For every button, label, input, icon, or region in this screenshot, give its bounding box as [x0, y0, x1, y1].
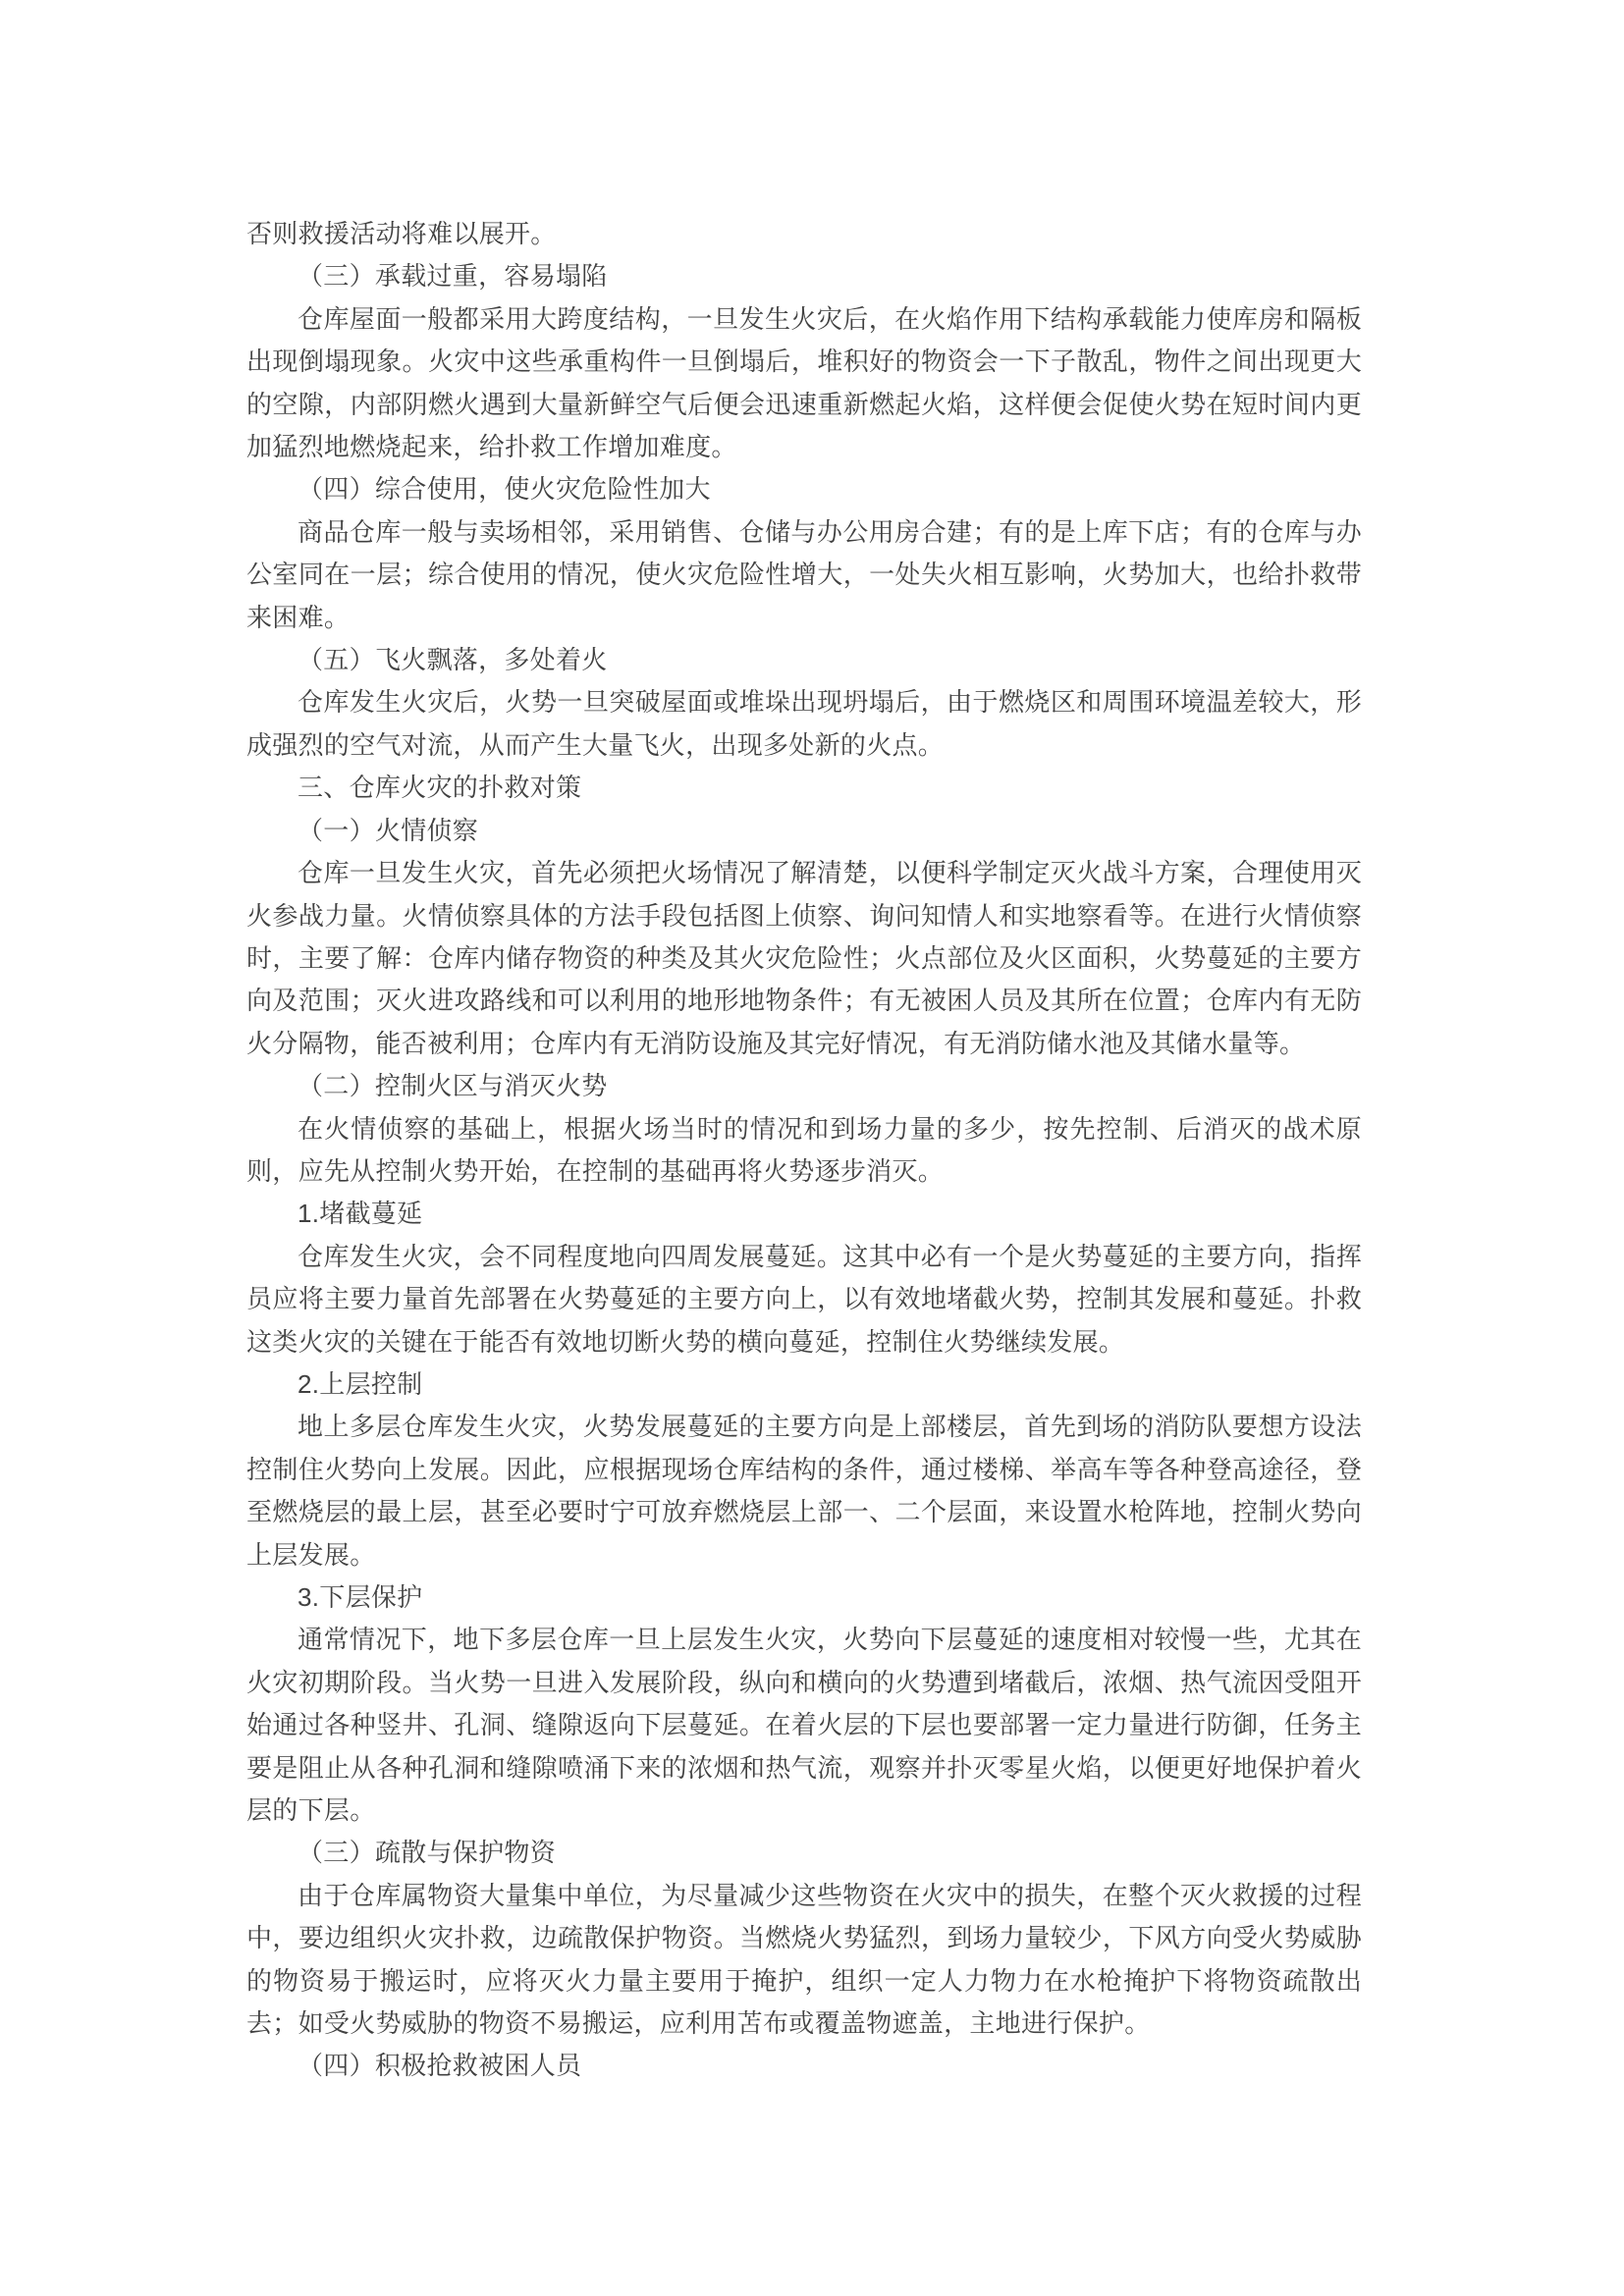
- section-heading: （四）综合使用，使火灾危险性加大: [246, 468, 1362, 510]
- section-heading: （二）控制火区与消灭火势: [246, 1065, 1362, 1107]
- section-heading: （三）疏散与保护物资: [246, 1832, 1362, 1874]
- section-heading: 2.上层控制: [246, 1363, 1362, 1406]
- section-heading: （三）承载过重，容易塌陷: [246, 255, 1362, 297]
- paragraph: 通常情况下，地下多层仓库一旦上层发生火灾，火势向下层蔓延的速度相对较慢一些，尤其…: [246, 1619, 1362, 1832]
- paragraph: 仓库发生火灾后，火势一旦突破屋面或堆垛出现坍塌后，由于燃烧区和周围环境温差较大，…: [246, 681, 1362, 767]
- section-heading: （四）积极抢救被困人员: [246, 2045, 1362, 2087]
- section-heading: 3.下层保护: [246, 1576, 1362, 1619]
- paragraph: 由于仓库属物资大量集中单位，为尽量减少这些物资在火灾中的损失，在整个灭火救援的过…: [246, 1875, 1362, 2046]
- paragraph: 仓库发生火灾，会不同程度地向四周发展蔓延。这其中必有一个是火势蔓延的主要方向，指…: [246, 1236, 1362, 1363]
- document-page: 否则救援活动将难以展开。 （三）承载过重，容易塌陷 仓库屋面一般都采用大跨度结构…: [0, 0, 1624, 2296]
- paragraph: 仓库屋面一般都采用大跨度结构，一旦发生火灾后，在火焰作用下结构承载能力使库房和隔…: [246, 298, 1362, 469]
- section-heading: （五）飞火飘落，多处着火: [246, 639, 1362, 681]
- section-heading: 1.堵截蔓延: [246, 1193, 1362, 1235]
- document-text-block: 否则救援活动将难以展开。 （三）承载过重，容易塌陷 仓库屋面一般都采用大跨度结构…: [246, 213, 1362, 2088]
- section-heading: （一）火情侦察: [246, 810, 1362, 852]
- section-heading: 三、仓库火灾的扑救对策: [246, 767, 1362, 809]
- paragraph: 否则救援活动将难以展开。: [246, 213, 1362, 255]
- paragraph: 仓库一旦发生火灾，首先必须把火场情况了解清楚，以便科学制定灭火战斗方案，合理使用…: [246, 852, 1362, 1065]
- paragraph: 在火情侦察的基础上，根据火场当时的情况和到场力量的多少，按先控制、后消灭的战术原…: [246, 1108, 1362, 1194]
- paragraph: 商品仓库一般与卖场相邻，采用销售、仓储与办公用房合建；有的是上库下店；有的仓库与…: [246, 511, 1362, 639]
- paragraph: 地上多层仓库发生火灾，火势发展蔓延的主要方向是上部楼层，首先到场的消防队要想方设…: [246, 1406, 1362, 1576]
